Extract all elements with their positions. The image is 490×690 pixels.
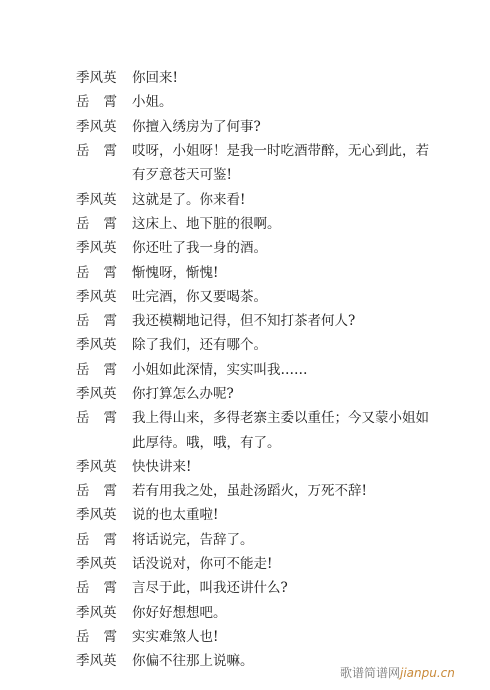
dialogue-line: 岳霄我上得山来，多得老寨主委以重任；今又蒙小姐如 [76,404,476,428]
speaker-name: 季风英 [76,236,132,256]
speaker-name: 岳霄 [76,139,132,159]
dialogue-text: 惭愧呀，惭愧! [132,261,218,281]
dialogue-text: 你擅入绣房为了何事? [132,115,261,135]
speaker-name: 岳霄 [76,576,132,596]
dialogue-line: 季风英你好好想想吧。 [76,599,476,623]
dialogue-line: 季风英你回来! [76,64,476,88]
speaker-name: 季风英 [76,552,132,572]
watermark-text: 歌谱简谱网 [340,666,400,680]
dialogue-text: 这就是了。你来看! [132,188,245,208]
dialogue-line: 有歹意苍天可鉴! [76,161,476,185]
speaker-name: 季风英 [76,503,132,523]
dialogue-list: 季风英你回来!岳霄小姐。季风英你擅入绣房为了何事?岳霄哎呀，小姐呀！是我一时吃酒… [76,64,476,671]
dialogue-line: 岳霄惭愧呀，惭愧! [76,258,476,282]
dialogue-line: 季风英这就是了。你来看! [76,185,476,209]
dialogue-text: 小姐。 [132,90,173,110]
speaker-name: 岳霄 [76,309,132,329]
dialogue-text: 实实难煞人也! [132,625,218,645]
speaker-name: 季风英 [76,188,132,208]
speaker-name: 季风英 [76,333,132,353]
speaker-name: 岳霄 [76,90,132,110]
dialogue-line: 季风英快快讲来! [76,453,476,477]
dialogue-text: 言尽于此，叫我还讲什么? [132,576,288,596]
dialogue-line: 岳霄哎呀，小姐呀！是我一时吃酒带醉，无心到此，若 [76,137,476,161]
dialogue-text: 吐完酒，你又要喝茶。 [132,285,267,305]
dialogue-text: 说的也太重啦! [132,503,218,523]
speaker-name: 季风英 [76,382,132,402]
speaker-name: 季风英 [76,115,132,135]
watermark-site: jianpu.cn [400,666,455,680]
speaker-name: 季风英 [76,601,132,621]
script-page: 季风英你回来!岳霄小姐。季风英你擅入绣房为了何事?岳霄哎呀，小姐呀！是我一时吃酒… [0,0,490,690]
dialogue-line: 季风英说的也太重啦! [76,501,476,525]
dialogue-line: 岳霄我还模糊地记得，但不知打茶者何人? [76,307,476,331]
speaker-name: 季风英 [76,649,132,669]
dialogue-text: 你偏不往那上说嘛。 [132,649,254,669]
speaker-name: 岳霄 [76,625,132,645]
dialogue-text: 将话说完，告辞了。 [132,528,254,548]
dialogue-text: 你还吐了我一身的酒。 [132,236,267,256]
dialogue-line: 季风英你还吐了我一身的酒。 [76,234,476,258]
dialogue-text: 有歹意苍天可鉴! [132,163,232,183]
speaker-name: 季风英 [76,455,132,475]
dialogue-text: 这床上、地下脏的很啊。 [132,212,281,232]
speaker-name: 季风英 [76,66,132,86]
dialogue-text: 快快讲来! [132,455,191,475]
dialogue-line: 岳霄将话说完，告辞了。 [76,526,476,550]
dialogue-line: 岳霄言尽于此，叫我还讲什么? [76,574,476,598]
speaker-name: 岳霄 [76,528,132,548]
dialogue-line: 此厚待。哦，哦，有了。 [76,428,476,452]
dialogue-text: 我还模糊地记得，但不知打茶者何人? [132,309,355,329]
dialogue-line: 岳霄若有用我之处，虽赴汤蹈火，万死不辞! [76,477,476,501]
dialogue-text: 你回来! [132,66,178,86]
dialogue-line: 季风英吐完酒，你又要喝茶。 [76,283,476,307]
dialogue-line: 季风英你打算怎么办呢? [76,380,476,404]
dialogue-text: 小姐如此深情，实实叫我…… [132,358,308,378]
dialogue-text: 你好好想想吧。 [132,601,227,621]
speaker-name: 岳霄 [76,261,132,281]
dialogue-line: 岳霄实实难煞人也! [76,623,476,647]
dialogue-line: 岳霄小姐。 [76,88,476,112]
speaker-name: 岳霄 [76,406,132,426]
dialogue-text: 除了我们，还有哪个。 [132,333,267,353]
dialogue-line: 岳霄这床上、地下脏的很啊。 [76,210,476,234]
dialogue-line: 季风英话没说对，你可不能走! [76,550,476,574]
dialogue-text: 你打算怎么办呢? [132,382,234,402]
speaker-name: 岳霄 [76,358,132,378]
dialogue-text: 话没说对，你可不能走! [132,552,272,572]
dialogue-text: 若有用我之处，虽赴汤蹈火，万死不辞! [132,479,367,499]
speaker-name: 岳霄 [76,212,132,232]
speaker-name: 季风英 [76,285,132,305]
dialogue-text: 我上得山来，多得老寨主委以重任；今又蒙小姐如 [132,406,429,426]
dialogue-line: 季风英除了我们，还有哪个。 [76,331,476,355]
dialogue-line: 季风英你擅入绣房为了何事? [76,113,476,137]
dialogue-text: 此厚待。哦，哦，有了。 [132,431,281,451]
speaker-name: 岳霄 [76,479,132,499]
dialogue-text: 哎呀，小姐呀！是我一时吃酒带醉，无心到此，若 [132,139,429,159]
dialogue-line: 岳霄小姐如此深情，实实叫我…… [76,356,476,380]
watermark: 歌谱简谱网jianpu.cn [340,664,455,681]
